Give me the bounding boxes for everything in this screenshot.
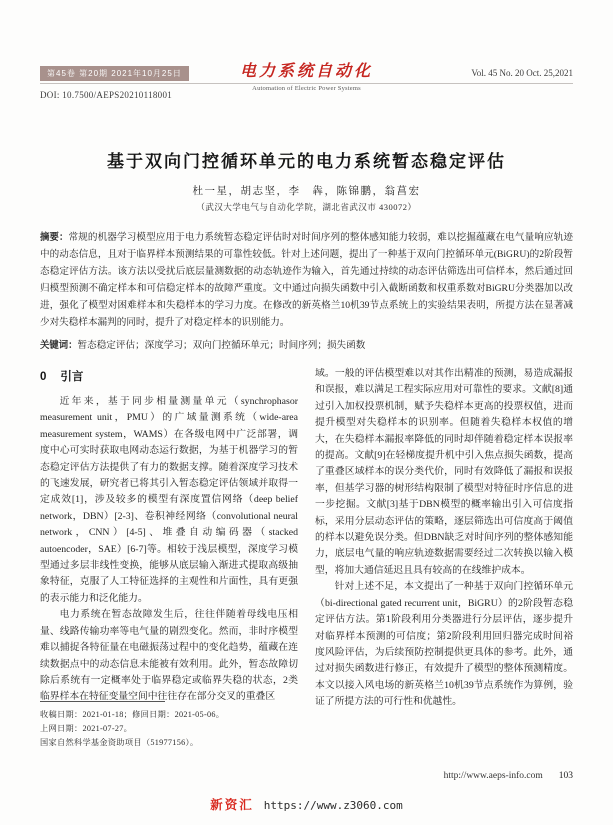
keywords-text: 暂态稳定评估；深度学习；双向门控循环单元；时间序列；损失函数 bbox=[78, 340, 366, 351]
footnote-line-funding: 国家自然科学基金资助项目（51977156）。 bbox=[40, 736, 298, 750]
journal-page: 第45卷 第20期 2021年10月25日 DOI: 10.7500/AEPS2… bbox=[0, 0, 613, 825]
affiliation-line: （武汉大学电气与自动化学院，湖北省武汉市 430072） bbox=[0, 201, 613, 213]
watermark: 新资汇https://www.z3060.com bbox=[0, 795, 613, 814]
body-paragraph: 域。一般的评估模型难以对其作出精准的预测，易造成漏报和误报，难以满足工程实际应用… bbox=[315, 366, 573, 579]
abstract-label: 摘要： bbox=[40, 231, 68, 242]
abstract-block: 摘要：常规的机器学习模型应用于电力系统暂态稳定评估时对时间序列的整体感知能力较弱… bbox=[40, 229, 573, 331]
footnote-rule bbox=[40, 701, 165, 702]
footer-url: http://www.aeps-info.com bbox=[444, 771, 543, 781]
paper-title: 基于双向门控循环单元的电力系统暂态稳定评估 bbox=[0, 147, 613, 172]
watermark-brand: 新资汇 bbox=[210, 798, 254, 812]
issue-badge: 第45卷 第20期 2021年10月25日 bbox=[40, 66, 189, 81]
abstract-text: 常规的机器学习模型应用于电力系统暂态稳定评估时对时间序列的整体感知能力较弱，难以… bbox=[40, 232, 573, 328]
right-column: 域。一般的评估模型难以对其作出精准的预测，易造成漏报和误报，难以满足工程实际应用… bbox=[315, 366, 573, 768]
issue-info-en: Vol. 45 No. 20 Oct. 25,2021 bbox=[465, 68, 573, 78]
keywords-label: 关键词： bbox=[40, 339, 78, 350]
left-column: 0引言 近年来，基于同步相量测量单元（synchrophasor measure… bbox=[40, 366, 298, 702]
journal-logo-en: Automation of Electric Power Systems bbox=[187, 85, 427, 92]
body-paragraph: 电力系统在暂态故障发生后，往往伴随着母线电压相量、线路传输功率等电气量的剧烈变化… bbox=[40, 607, 298, 702]
section-number: 0 bbox=[40, 371, 46, 383]
journal-logo-block: 电力系统自动化 Automation of Electric Power Sys… bbox=[187, 62, 427, 92]
page-number: 103 bbox=[559, 771, 573, 781]
keywords-block: 关键词：暂态稳定评估；深度学习；双向门控循环单元；时间序列；损失函数 bbox=[40, 337, 573, 354]
intro-section-heading: 0引言 bbox=[40, 368, 298, 384]
footnote-line-received: 收稿日期：2021-01-18；修回日期：2021-05-06。 bbox=[40, 708, 298, 722]
body-paragraph: 针对上述不足，本文提出了一种基于双向门控循环单元（bi-directional … bbox=[315, 579, 573, 710]
footnote-line-online: 上网日期：2021-07-27。 bbox=[40, 722, 298, 736]
doi-text: DOI: 10.7500/AEPS20210118001 bbox=[40, 90, 172, 100]
page-footer: http://www.aeps-info.com103 bbox=[444, 771, 573, 781]
journal-logo: 电力系统自动化 bbox=[232, 62, 381, 82]
body-paragraph: 近年来，基于同步相量测量单元（synchrophasor measurement… bbox=[40, 394, 298, 607]
section-title: 引言 bbox=[60, 371, 83, 383]
footnote-block: 收稿日期：2021-01-18；修回日期：2021-05-06。 上网日期：20… bbox=[40, 701, 298, 750]
watermark-url: https://www.z3060.com bbox=[264, 799, 403, 812]
author-line: 杜一星，胡志坚，李 犇，陈锦鹏，翁菖宏 bbox=[0, 183, 613, 198]
